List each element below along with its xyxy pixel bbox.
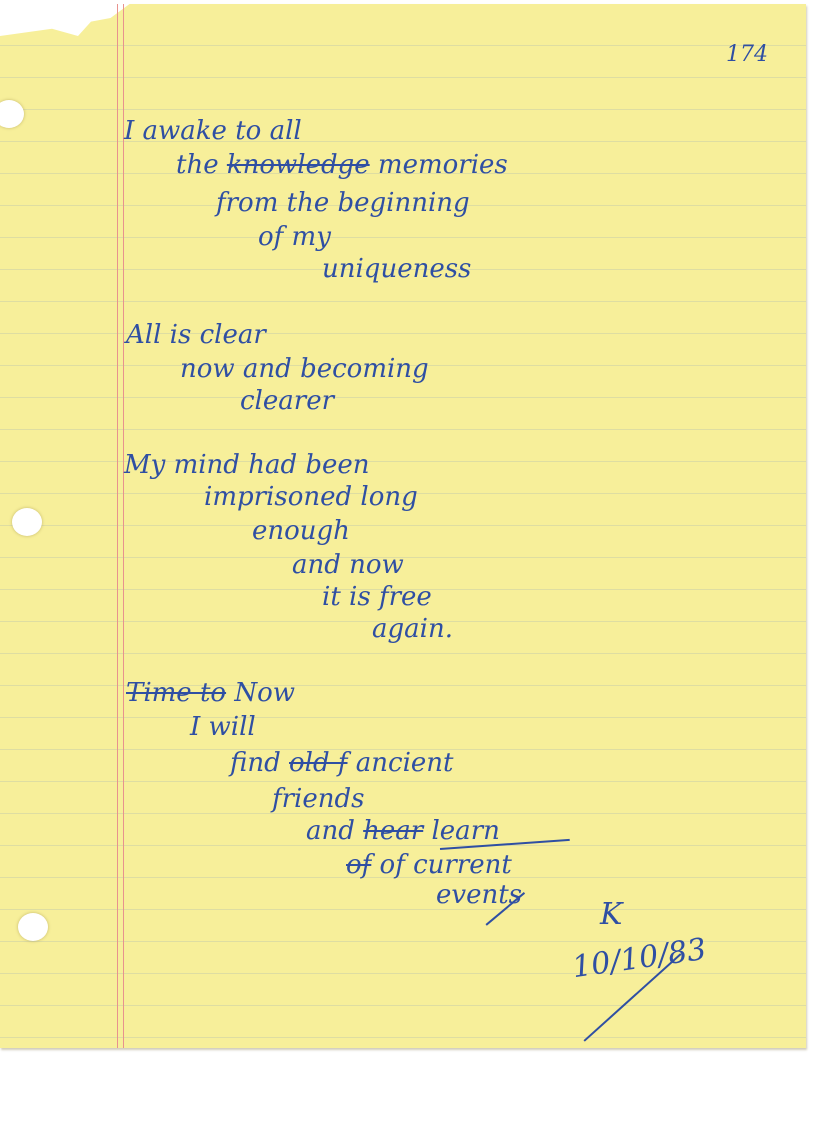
struck-word: knowledge xyxy=(227,150,370,180)
stanza-1-line-1: I awake to all xyxy=(124,118,302,144)
struck-word: old f xyxy=(289,748,348,778)
stanza-1-line-3: from the beginning xyxy=(216,190,470,216)
punch-hole-middle xyxy=(12,508,42,536)
stanza-3-line-2: imprisoned long xyxy=(204,484,418,510)
stanza-2-line-3: clearer xyxy=(240,388,334,414)
stanza-4-line-3: find old f ancient xyxy=(230,750,453,776)
stanza-3-line-6: again. xyxy=(372,616,453,642)
punch-hole-bottom xyxy=(18,913,48,941)
stanza-3-line-5: it is free xyxy=(322,584,432,610)
stanza-1-line-2: the knowledge memories xyxy=(176,152,508,178)
stanza-3-line-1: My mind had been xyxy=(124,452,370,478)
stanza-4-line-6: of of current xyxy=(346,852,512,878)
stanza-1-line-4: of my xyxy=(258,224,331,250)
stanza-4-line-2: I will xyxy=(190,714,256,740)
stanza-4-line-1: Time to Now xyxy=(126,680,295,706)
stanza-1-line-5: uniqueness xyxy=(322,256,471,282)
margin-line-left xyxy=(117,4,118,1048)
margin-line-right xyxy=(123,4,124,1048)
signature-initial: K xyxy=(600,900,622,930)
stanza-2-line-2: now and becoming xyxy=(180,356,429,382)
stanza-2-line-1: All is clear xyxy=(126,322,266,348)
stanza-3-line-3: enough xyxy=(252,518,350,544)
struck-word: hear xyxy=(363,816,423,846)
stanza-4-line-5: and hear learn xyxy=(306,818,500,844)
stanza-4-line-4: friends xyxy=(272,786,365,812)
page-number: 174 xyxy=(726,44,768,66)
struck-word: of xyxy=(346,850,371,880)
struck-word: Time to xyxy=(126,678,226,708)
stanza-3-line-4: and now xyxy=(292,552,404,578)
